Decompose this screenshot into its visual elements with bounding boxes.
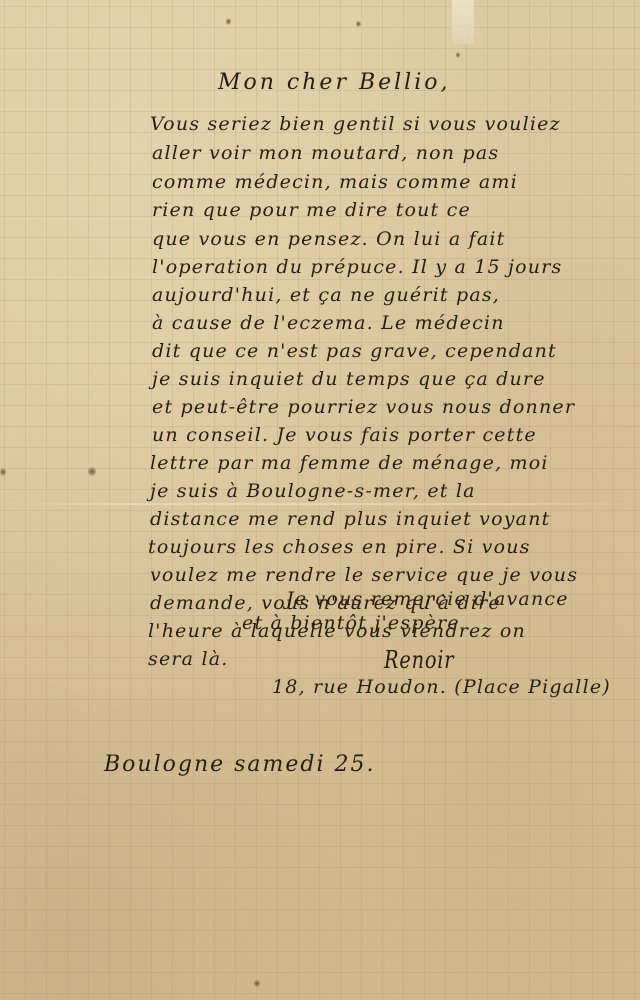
letter-page: Mon cher Bellio, Vous seriez bien gentil… bbox=[0, 0, 640, 1000]
ink-spot bbox=[456, 52, 460, 58]
body-line: comme médecin, mais comme ami bbox=[152, 171, 518, 193]
dateline: Boulogne samedi 25. bbox=[104, 752, 376, 777]
body-line: lettre par ma femme de ménage, moi bbox=[150, 452, 549, 474]
body-line: aujourd'hui, et ça ne guérit pas, bbox=[152, 284, 500, 306]
ink-spot bbox=[0, 468, 6, 476]
paper-fold-crease bbox=[0, 503, 640, 505]
body-line: voulez me rendre le service que je vous bbox=[150, 564, 578, 586]
ink-spot bbox=[254, 980, 260, 987]
body-line: à cause de l'eczema. Le médecin bbox=[152, 312, 505, 334]
ink-spot bbox=[88, 467, 96, 476]
body-line: toujours les choses en pire. Si vous bbox=[148, 536, 531, 558]
address-line: 18, rue Houdon. (Place Pigalle) bbox=[272, 676, 611, 698]
closing-line: et à bientôt j'espère bbox=[242, 612, 460, 634]
body-line: et peut-être pourriez vous nous donner bbox=[152, 396, 575, 418]
body-line: dit que ce n'est pas grave, cependant bbox=[152, 340, 557, 362]
closing-line: Je vous remercie d'avance bbox=[286, 588, 569, 610]
ink-spot bbox=[356, 21, 361, 27]
body-line: je suis inquiet du temps que ça dure bbox=[152, 368, 546, 390]
body-line: Vous seriez bien gentil si vous vouliez bbox=[150, 113, 561, 135]
body-line: l'operation du prépuce. Il y a 15 jours bbox=[152, 256, 562, 278]
salutation: Mon cher Bellio, bbox=[218, 70, 451, 95]
body-line: sera là. bbox=[148, 648, 229, 670]
body-line: aller voir mon moutard, non pas bbox=[152, 142, 499, 164]
tape-remnant bbox=[452, 0, 474, 44]
body-line: je suis à Boulogne-s-mer, et la bbox=[150, 480, 476, 502]
body-line: un conseil. Je vous fais porter cette bbox=[152, 424, 537, 446]
ink-spot bbox=[226, 18, 231, 25]
signature: Renoir bbox=[384, 646, 454, 674]
body-line: rien que pour me dire tout ce bbox=[152, 199, 471, 221]
body-line: distance me rend plus inquiet voyant bbox=[150, 508, 550, 530]
body-line: que vous en pensez. On lui a fait bbox=[152, 228, 505, 250]
